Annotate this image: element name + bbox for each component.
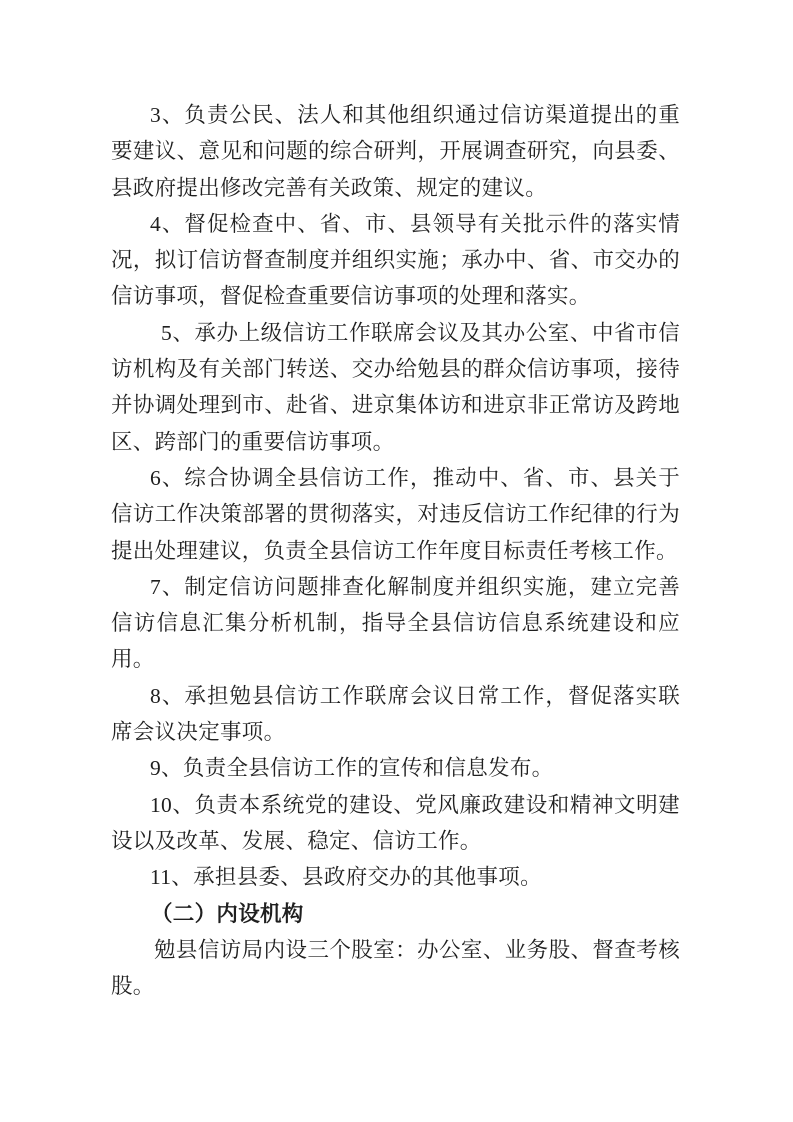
paragraph-duty-3: 3、负责公民、法人和其他组织通过信访渠道提出的重要建议、意见和问题的综合研判，开… [111,97,680,206]
paragraph-duty-9: 9、负责全县信访工作的宣传和信息发布。 [111,750,680,786]
paragraph-duty-11: 11、承担县委、县政府交办的其他事项。 [111,859,680,895]
paragraph-duty-8: 8、承担勉县信访工作联席会议日常工作，督促落实联席会议决定事项。 [111,678,680,751]
paragraph-duty-4: 4、督促检查中、省、市、县领导有关批示件的落实情况，拟订信访督查制度并组织实施；… [111,206,680,315]
paragraph-duty-6: 6、综合协调全县信访工作，推动中、省、市、县关于信访工作决策部署的贯彻落实，对违… [111,460,680,569]
paragraph-duty-5: 5、承办上级信访工作联席会议及其办公室、中省市信访机构及有关部门转送、交办给勉县… [111,315,680,460]
section-heading-internal-organs: （二）内设机构 [111,896,680,932]
paragraph-internal-organs-detail: 勉县信访局内设三个股室：办公室、业务股、督查考核股。 [111,932,680,1005]
document-page: 3、负责公民、法人和其他组织通过信访渠道提出的重要建议、意见和问题的综合研判，开… [0,0,793,1122]
document-body: 3、负责公民、法人和其他组织通过信访渠道提出的重要建议、意见和问题的综合研判，开… [111,97,680,1004]
paragraph-duty-7: 7、制定信访问题排查化解制度并组织实施，建立完善信访信息汇集分析机制，指导全县信… [111,569,680,678]
paragraph-duty-10: 10、负责本系统党的建设、党风廉政建设和精神文明建设以及改革、发展、稳定、信访工… [111,787,680,860]
